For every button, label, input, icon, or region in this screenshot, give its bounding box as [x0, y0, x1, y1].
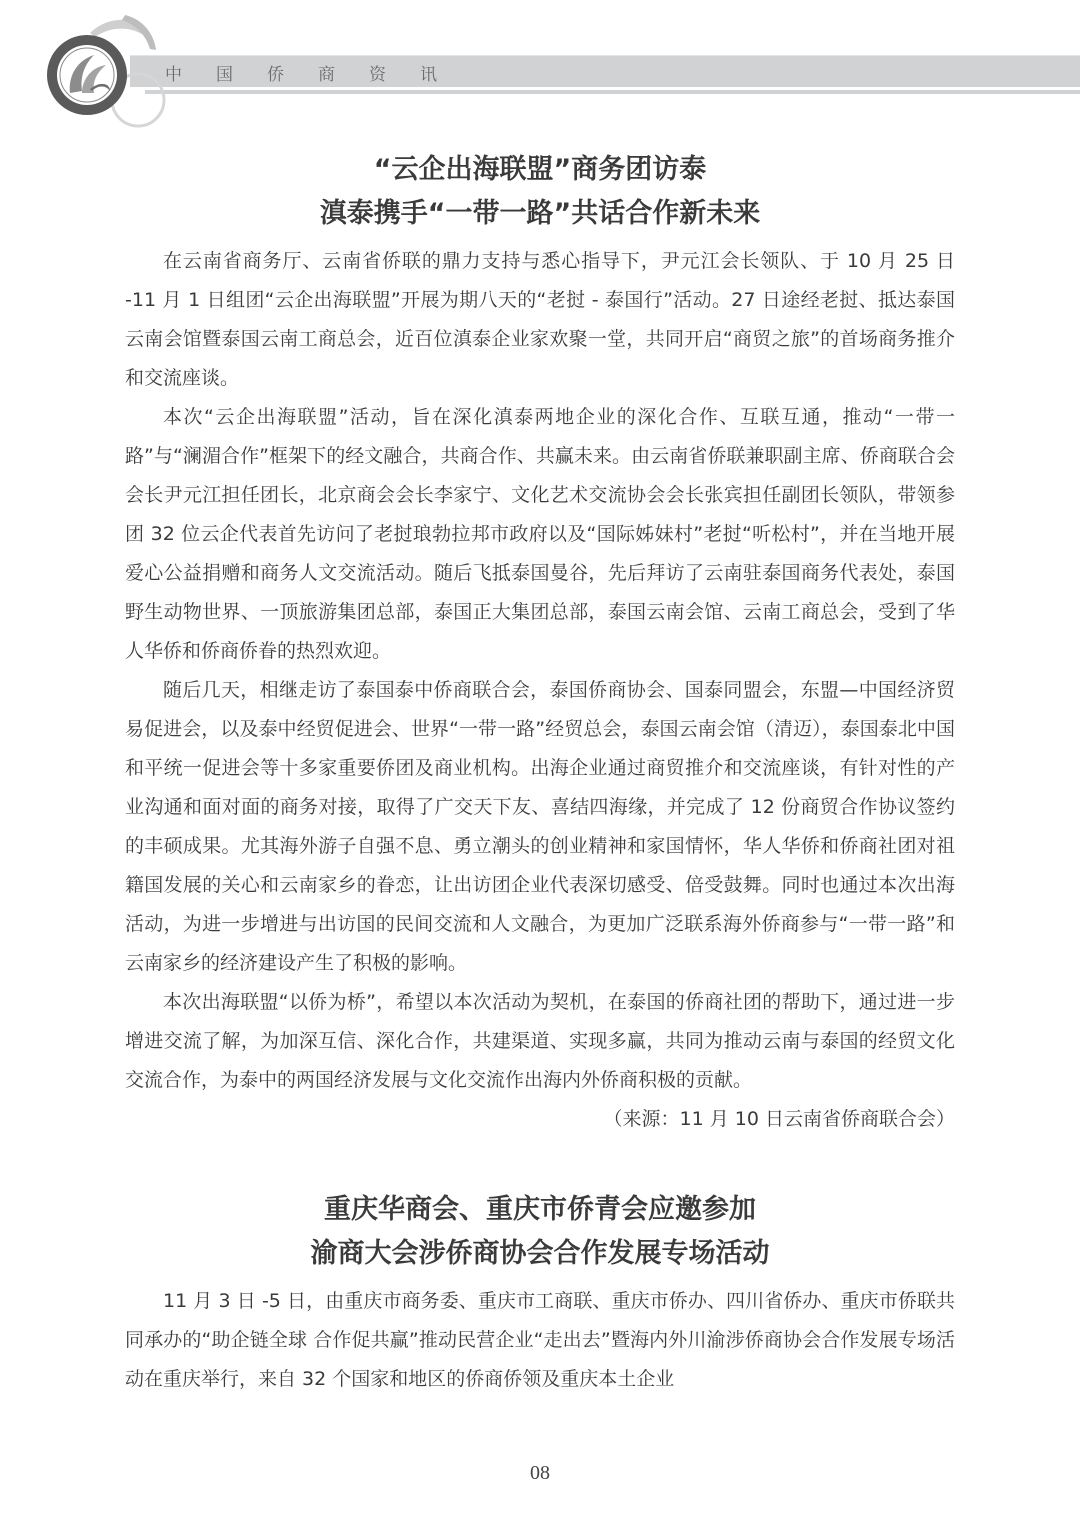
publication-char: 侨 — [267, 60, 318, 85]
title-line: 渝商大会涉侨商协会合作发展专场活动 — [125, 1232, 955, 1276]
page-header: 中 国 侨 商 资 讯 — [0, 0, 1080, 130]
federation-logo-icon — [30, 5, 170, 130]
article-paragraph: 在云南省商务厅、云南省侨联的鼎力支持与悉心指导下，尹元江会长领队、于 10 月 … — [125, 242, 955, 398]
publication-char: 讯 — [420, 60, 471, 85]
article-paragraph: 随后几天，相继走访了泰国泰中侨商联合会，泰国侨商协会、国泰同盟会，东盟—中国经济… — [125, 671, 955, 983]
article-paragraph: 11 月 3 日 -5 日，由重庆市商务委、重庆市工商联、重庆市侨办、四川省侨办… — [125, 1282, 955, 1399]
publication-char: 中 — [165, 60, 216, 85]
article-title: “云企出海联盟”商务团访泰 滇泰携手“一带一路”共话合作新未来 — [125, 148, 955, 236]
title-line: “云企出海联盟”商务团访泰 — [125, 148, 955, 192]
title-line: 重庆华商会、重庆市侨青会应邀参加 — [125, 1188, 955, 1232]
article-paragraph: 本次出海联盟“以侨为桥”，希望以本次活动为契机，在泰国的侨商社团的帮助下，通过进… — [125, 983, 955, 1100]
article-chongqing: 重庆华商会、重庆市侨青会应邀参加 渝商大会涉侨商协会合作发展专场活动 11 月 … — [125, 1188, 955, 1399]
article-title: 重庆华商会、重庆市侨青会应邀参加 渝商大会涉侨商协会合作发展专场活动 — [125, 1188, 955, 1276]
article-source: （来源：11 月 10 日云南省侨商联合会） — [125, 1100, 955, 1139]
article-yunnan-thailand: “云企出海联盟”商务团访泰 滇泰携手“一带一路”共话合作新未来 在云南省商务厅、… — [125, 148, 955, 1139]
header-divider — [145, 90, 1080, 94]
page-number: 08 — [0, 1462, 1080, 1485]
publication-char: 资 — [369, 60, 420, 85]
title-line: 滇泰携手“一带一路”共话合作新未来 — [125, 192, 955, 236]
article-paragraph: 本次“云企出海联盟”活动，旨在深化滇泰两地企业的深化合作、互联互通，推动“一带一… — [125, 398, 955, 671]
publication-char: 商 — [318, 60, 369, 85]
publication-char: 国 — [216, 60, 267, 85]
publication-name: 中 国 侨 商 资 讯 — [165, 58, 471, 86]
